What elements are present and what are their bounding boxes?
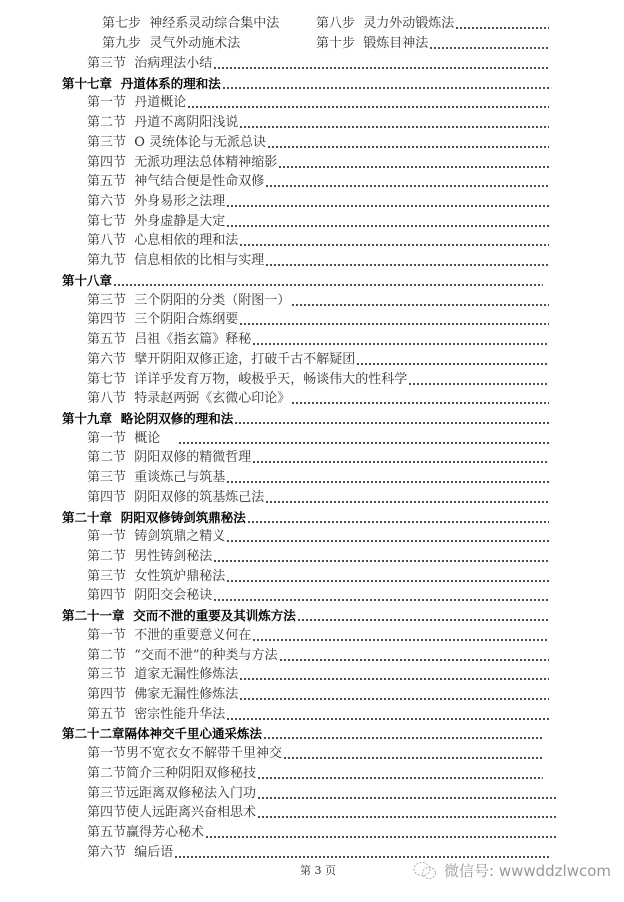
- leader-dots: [257, 784, 557, 804]
- toc-section: 第六节 外身易形之法理: [87, 192, 549, 212]
- toc-section: 第五节 吕祖《指玄篇》释秘: [87, 330, 549, 350]
- leader-dots: [252, 626, 549, 646]
- entry-title: 第四节 阴阳交会秘诀: [87, 586, 212, 606]
- toc-section: 第五节 密宗性能升华法: [87, 705, 549, 725]
- entry-title: 第五节 吕祖《指玄篇》释秘: [87, 330, 251, 350]
- leader-dots: [252, 448, 549, 468]
- toc-section: 第四节 阴阳双修的筑基炼己法: [87, 488, 549, 508]
- entry-title: 第三节 三个阴阳的分类（附图一）: [87, 291, 290, 311]
- toc-section: 第五节 神气结合便是性命双修: [87, 172, 549, 192]
- toc-section: 第一节 铸剑筑鼎之精义: [87, 527, 549, 547]
- leader-dots: [178, 429, 549, 449]
- entry-title: 第六节 外身易形之法理: [87, 192, 225, 212]
- entry-title: 第一节男不宽衣女不解带千里神交: [87, 744, 282, 764]
- entry-title: 第五节 密宗性能升华法: [87, 705, 225, 725]
- toc-section: 第五节赢得芳心秘术: [87, 823, 557, 843]
- toc-chapter: 第十七章 丹道体系的理和法: [62, 74, 549, 94]
- entry-title: 第四节 无派功理法总体精神缩影: [87, 153, 277, 173]
- leader-dots: [265, 172, 549, 192]
- entry-title: 第三节 O 灵统体论与无派总诀: [87, 133, 266, 153]
- step-label: 第八步 灵力外动锻炼法: [316, 14, 454, 34]
- leader-dots: [226, 212, 549, 232]
- wechat-watermark: 微信号: wwwddzlwcom: [412, 860, 611, 881]
- entry-title: 第七节 详详乎发育万物，峻极乎天，畅谈伟大的性科学: [87, 370, 407, 390]
- leader-dots: [356, 350, 549, 370]
- entry-title: 第六节 擘开阴阳双修正途，打破千古不解疑团: [87, 350, 355, 370]
- leader-dots: [239, 665, 549, 685]
- leader-dots: [297, 606, 549, 626]
- step-label: 第七步 神经系灵动综合集中法: [102, 14, 279, 34]
- step-label: 第九步 灵气外动施术法: [102, 34, 240, 54]
- leader-dots: [455, 14, 549, 34]
- leader-dots: [239, 113, 549, 133]
- step-label: 第十步 锻炼目神法: [316, 34, 428, 54]
- entry-title: 第二节 “交而不泄”的种类与方法: [87, 646, 278, 666]
- leader-dots: [283, 744, 543, 764]
- entry-title: 第十八章: [62, 271, 112, 291]
- leader-dots: [239, 310, 549, 330]
- entry-title: 第一节 丹道概论: [87, 93, 186, 113]
- toc-section: 第一节 不泄的重要意义何在: [87, 626, 549, 646]
- toc-step: 第八步 灵力外动锻炼法: [316, 14, 549, 34]
- leader-dots: [113, 271, 543, 291]
- entry-title: 第一节 铸剑筑鼎之精义: [87, 527, 225, 547]
- entry-title: 第六节 编后语: [87, 843, 173, 863]
- entry-title: 第四节 三个阴阳合炼纲要: [87, 310, 238, 330]
- entry-title: 第三节 道家无漏性修炼法: [87, 665, 238, 685]
- leader-dots: [234, 409, 549, 429]
- leader-dots: [279, 646, 549, 666]
- toc-section: 第三节 治病理法小结: [87, 54, 549, 74]
- toc-section: 第一节男不宽衣女不解带千里神交: [87, 744, 543, 764]
- toc-step: 第七步 神经系灵动综合集中法: [102, 14, 279, 34]
- leader-dots: [226, 527, 549, 547]
- entry-title: 第七节 外身虚静是大定: [87, 212, 225, 232]
- leader-dots: [429, 34, 549, 54]
- entry-title: 第三节 女性筑炉鼎秘法: [87, 567, 225, 587]
- toc-section: 第九节 信息相依的比相与实理: [87, 251, 549, 271]
- toc-chapter: 第二十二章隔体神交千里心通采炼法: [62, 724, 543, 744]
- leader-dots: [226, 468, 549, 488]
- leader-dots: [213, 586, 549, 606]
- toc-section: 第四节 三个阴阳合炼纲要: [87, 310, 549, 330]
- leader-dots: [257, 764, 543, 784]
- toc-section: 第三节远距离双修秘法入门功: [87, 784, 557, 804]
- toc-section: 第三节 O 灵统体论与无派总诀: [87, 133, 549, 153]
- leader-dots: [257, 803, 557, 823]
- leader-dots: [265, 488, 549, 508]
- leader-dots: [267, 133, 549, 153]
- toc-chapter: 第十九章 略论阴双修的理和法: [62, 409, 549, 429]
- leader-dots: [239, 231, 549, 251]
- entry-title: 第二节 丹道不离阴阳浅说: [87, 113, 238, 133]
- entry-title: 第十九章 略论阴双修的理和法: [62, 409, 233, 429]
- toc-section: 第三节 三个阴阳的分类（附图一）: [87, 291, 549, 311]
- toc-section: 第四节 无派功理法总体精神缩影: [87, 153, 549, 173]
- entry-title: 第三节 治病理法小结: [87, 54, 212, 74]
- leader-dots: [239, 685, 549, 705]
- entry-title: 第九节 信息相依的比相与实理: [87, 251, 264, 271]
- toc-section: 第四节使人远距离兴奋相思术: [87, 803, 557, 823]
- toc-section: 第七节 详详乎发育万物，峻极乎天，畅谈伟大的性科学: [87, 370, 549, 390]
- leader-dots: [213, 547, 549, 567]
- entry-title: 第五节赢得芳心秘术: [87, 823, 204, 843]
- toc-section: 第一节 丹道概论: [87, 93, 549, 113]
- toc-chapter: 第二十一章 交而不泄的重要及其训炼方法: [62, 606, 549, 626]
- leader-dots: [291, 291, 549, 311]
- toc-section: 第二节 丹道不离阴阳浅说: [87, 113, 549, 133]
- leader-dots: [222, 74, 549, 94]
- entry-title: 第四节 阴阳双修的筑基炼己法: [87, 488, 264, 508]
- toc-chapter: 第二十章 阴阳双修铸剑筑鼎秘法: [62, 508, 549, 528]
- toc-section: 第二节 男性铸剑秘法: [87, 547, 549, 567]
- toc-section: 第八节 心息相依的理和法: [87, 231, 549, 251]
- entry-title: 第一节 不泄的重要意义何在: [87, 626, 251, 646]
- toc-section: 第二节 阴阳双修的精微哲理: [87, 448, 549, 468]
- toc-section: 第二节简介三种阴阳双修秘技: [87, 764, 543, 784]
- toc-section: 第三节 女性筑炉鼎秘法: [87, 567, 549, 587]
- entry-title: 第二十章 阴阳双修铸剑筑鼎秘法: [62, 508, 246, 528]
- leader-dots: [226, 192, 549, 212]
- entry-title: 第二节简介三种阴阳双修秘技: [87, 764, 256, 784]
- entry-title: 第二节 男性铸剑秘法: [87, 547, 212, 567]
- entry-title: 第三节远距离双修秘法入门功: [87, 784, 256, 804]
- wechat-icon: [412, 861, 438, 881]
- entry-title: 第三节 重谈炼己与筑基: [87, 468, 225, 488]
- toc-section: 第七节 外身虚静是大定: [87, 212, 549, 232]
- toc-section: 第三节 道家无漏性修炼法: [87, 665, 549, 685]
- watermark-text: 微信号: wwwddzlwcom: [444, 860, 611, 881]
- entry-title: 第二节 阴阳双修的精微哲理: [87, 448, 251, 468]
- entry-title: 第八节 心息相依的理和法: [87, 231, 238, 251]
- entry-title: 第一节 概论: [87, 429, 177, 449]
- leader-dots: [252, 330, 549, 350]
- toc-section: 第八节 特录赵两弼《玄微心印论》: [87, 389, 549, 409]
- leader-dots: [247, 508, 549, 528]
- entry-title: 第二十二章隔体神交千里心通采炼法: [62, 724, 262, 744]
- toc-section: 第一节 概论: [87, 429, 549, 449]
- toc-step: 第十步 锻炼目神法: [316, 34, 549, 54]
- leader-dots: [226, 705, 549, 725]
- leader-dots: [226, 567, 549, 587]
- leader-dots: [291, 389, 549, 409]
- leader-dots: [408, 370, 549, 390]
- leader-dots: [278, 153, 549, 173]
- toc-section: 第三节 重谈炼己与筑基: [87, 468, 549, 488]
- toc-section: 第二节 “交而不泄”的种类与方法: [87, 646, 549, 666]
- toc-section: 第六节 擘开阴阳双修正途，打破千古不解疑团: [87, 350, 549, 370]
- entry-title: 第五节 神气结合便是性命双修: [87, 172, 264, 192]
- toc-step: 第九步 灵气外动施术法: [102, 34, 240, 54]
- toc-section: 第四节 阴阳交会秘诀: [87, 586, 549, 606]
- toc-section: 第四节 佛家无漏性修炼法: [87, 685, 549, 705]
- leader-dots: [265, 251, 549, 271]
- entry-title: 第十七章 丹道体系的理和法: [62, 74, 221, 94]
- leader-dots: [205, 823, 557, 843]
- toc-chapter: 第十八章: [62, 271, 543, 291]
- leader-dots: [213, 54, 549, 74]
- entry-title: 第二十一章 交而不泄的重要及其训炼方法: [62, 606, 296, 626]
- leader-dots: [263, 724, 543, 744]
- page-number: 第 3 页: [300, 862, 336, 878]
- entry-title: 第八节 特录赵两弼《玄微心印论》: [87, 389, 290, 409]
- leader-dots: [187, 93, 549, 113]
- entry-title: 第四节 佛家无漏性修炼法: [87, 685, 238, 705]
- entry-title: 第四节使人远距离兴奋相思术: [87, 803, 256, 823]
